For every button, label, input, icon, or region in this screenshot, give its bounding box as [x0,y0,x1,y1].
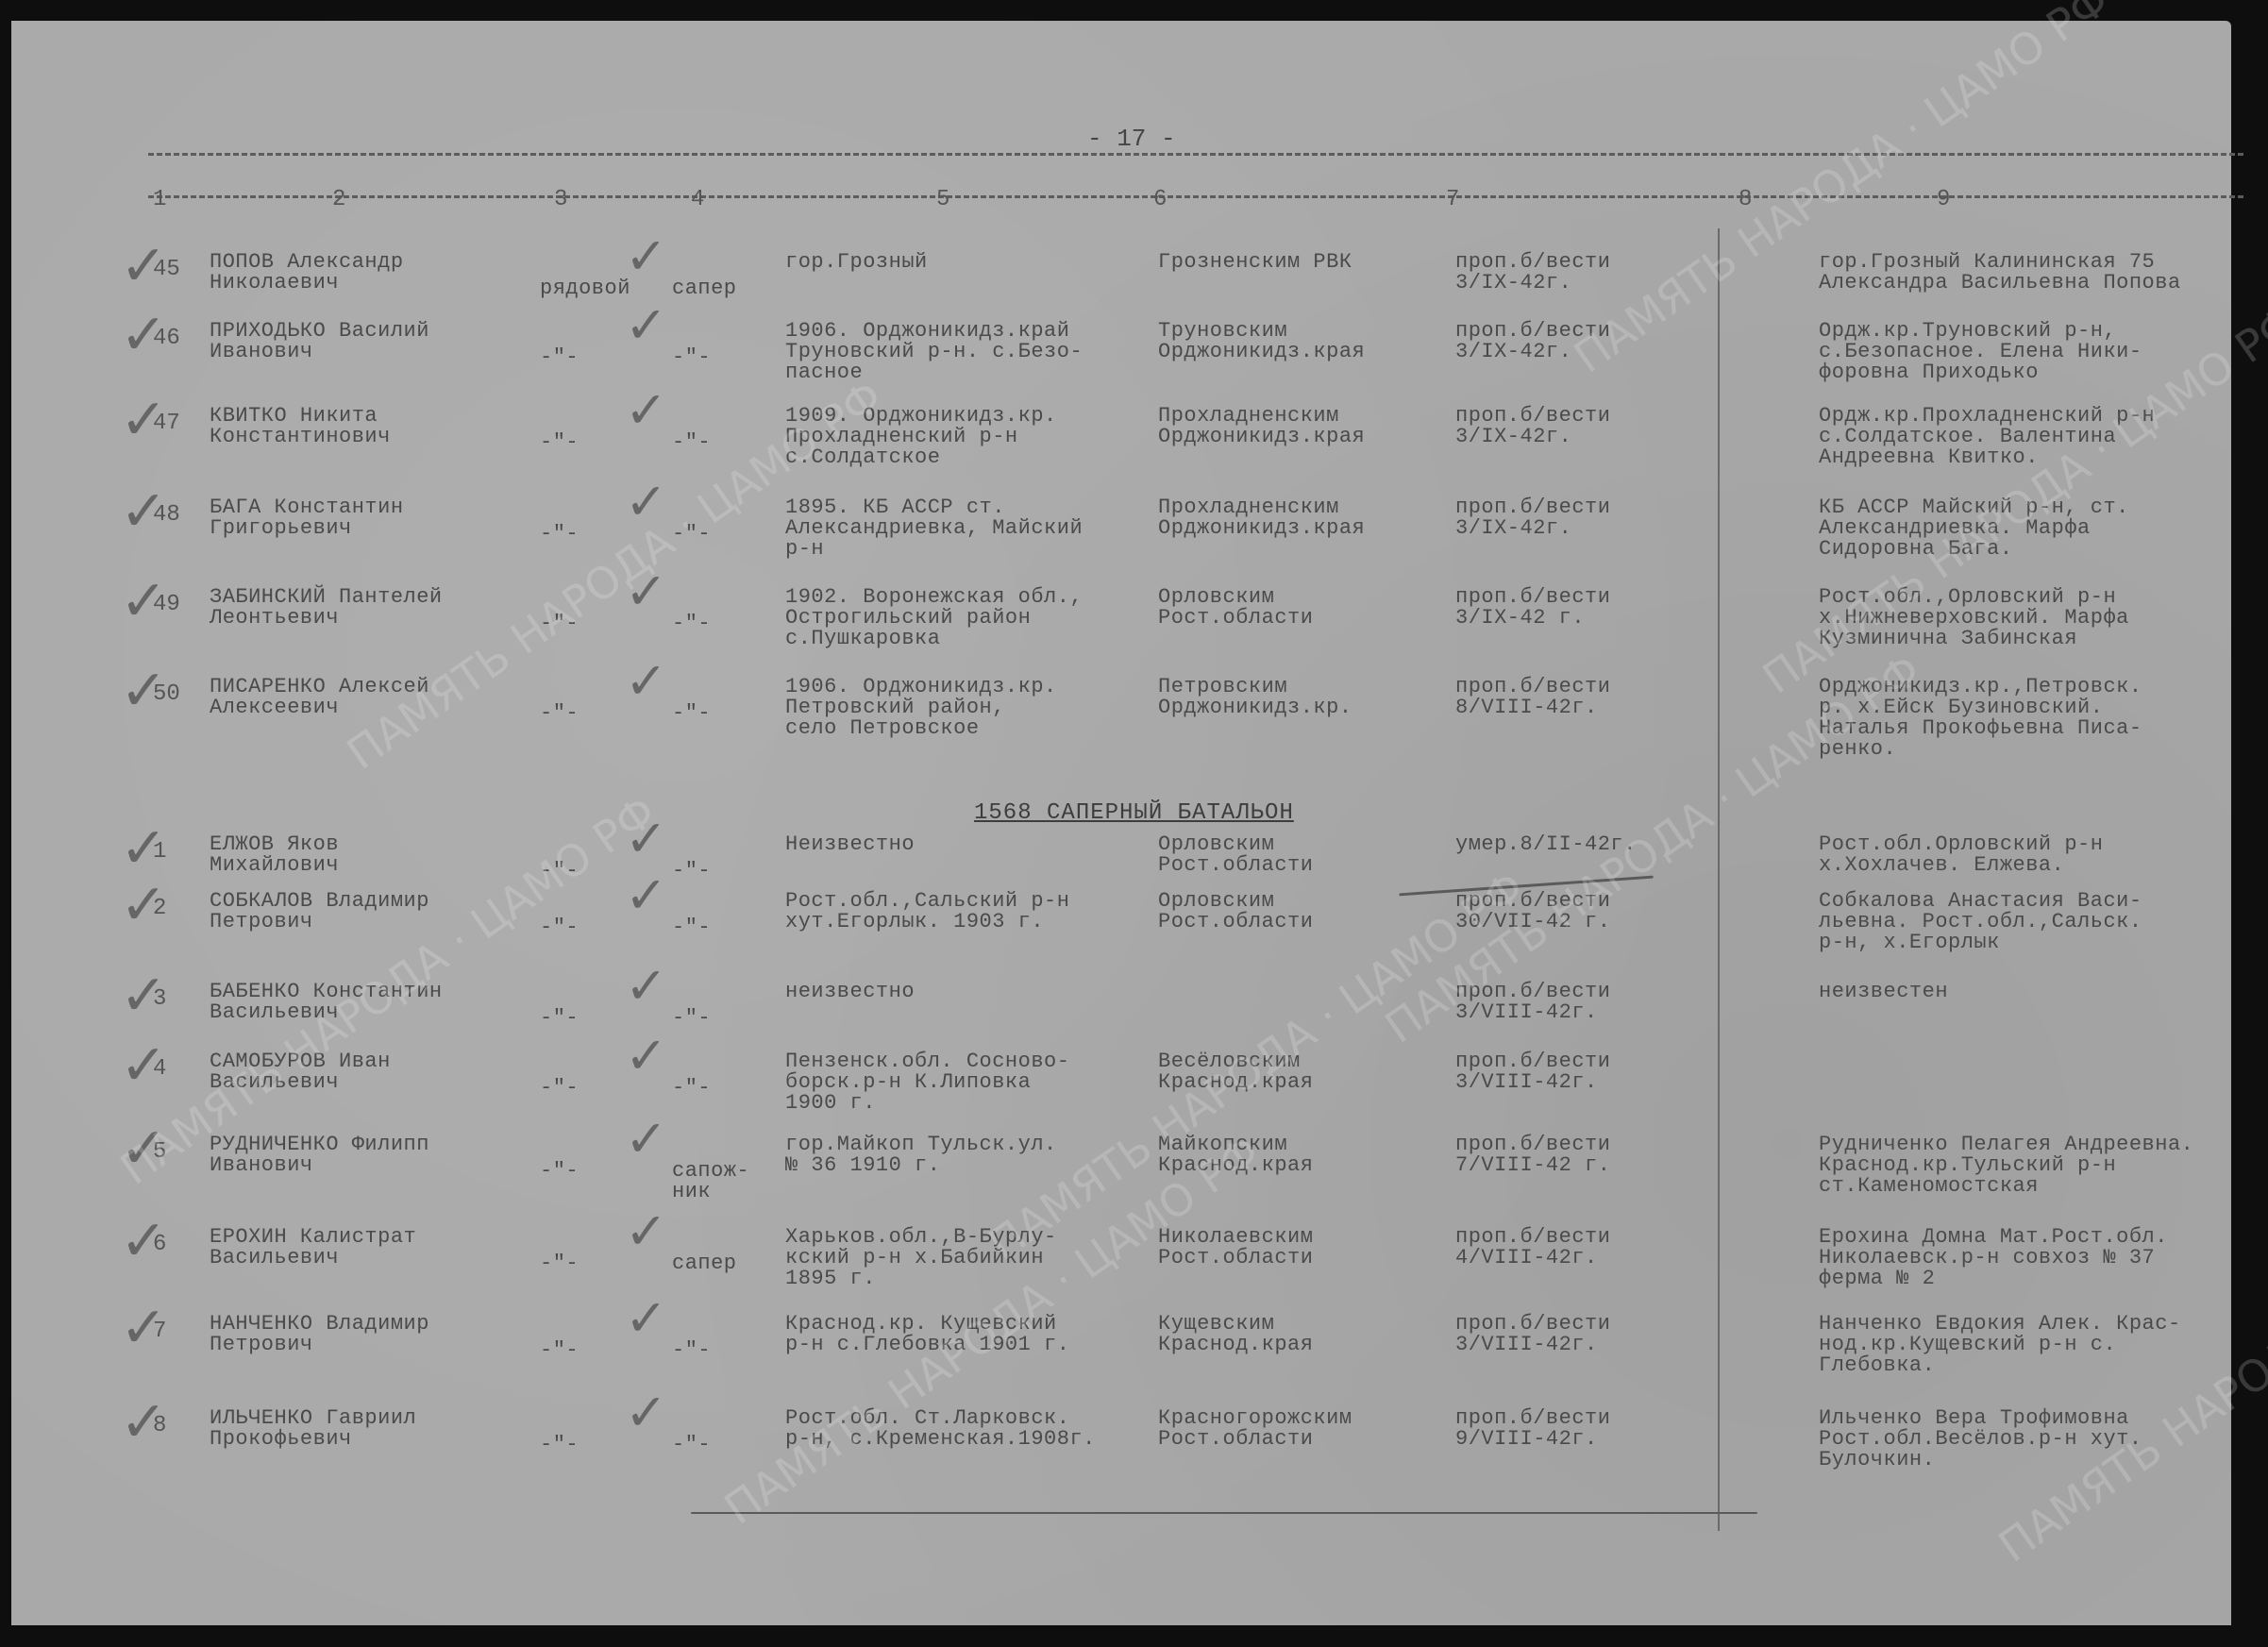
fate-status: проп.б/вести 3/VIII-42г. [1455,1051,1610,1093]
rank: -"- [540,432,579,453]
check-mark-icon: ✓ [625,867,667,924]
check-mark-icon: ✓ [625,1203,667,1260]
soldier-name: БАГА Константин Григорьевич [210,497,404,539]
check-mark-icon: ✓ [120,1300,167,1356]
birth-info: 1902. Воронежская обл., Острогильский ра… [785,587,1083,649]
birth-info: Пензенск.обл. Сосново- борск.р-н К.Липов… [785,1051,1069,1114]
column-number: 4 [691,187,704,212]
check-mark-icon: ✓ [120,877,167,933]
rank: -"- [540,703,579,724]
fate-status: проп.б/вести 3/IX-42г. [1455,252,1610,294]
position: -"- [672,861,711,882]
rank: -"- [540,917,579,938]
fate-status: проп.б/вести 4/VIII-42г. [1455,1227,1610,1269]
check-mark-icon: ✓ [120,238,167,294]
draft-office: Кущевским Краснод.края [1158,1314,1313,1355]
check-mark-icon: ✓ [625,382,667,439]
draft-office: Прохладненским Орджоникидз.края [1158,497,1365,539]
rank: -"- [540,1253,579,1274]
check-mark-icon: ✓ [625,1385,667,1441]
check-mark-icon: ✓ [120,392,167,448]
draft-office: Петровским Орджоникидз.кр. [1158,677,1352,718]
position: -"- [672,347,711,368]
next-of-kin: гор.Грозный Калининская 75 Александра Ва… [1819,252,2181,294]
draft-office: Орловским Рост.области [1158,587,1313,629]
rank: -"- [540,1340,579,1361]
position: -"- [672,1435,711,1455]
birth-info: гор.Майкоп Тульск.ул. № 36 1910 г. [785,1134,1057,1176]
birth-info: 1895. КБ АССР ст. Александриевка, Майски… [785,497,1083,560]
check-mark-icon: ✓ [625,228,667,285]
fate-status: проп.б/вести 3/IX-42 г. [1455,587,1610,629]
position: -"- [672,432,711,453]
position: -"- [672,613,711,634]
position: -"- [672,703,711,724]
draft-office: Труновским Орджоникидз.края [1158,321,1365,362]
position: сапер [672,278,737,299]
soldier-name: ПРИХОДЬКО Василий Иванович [210,321,429,362]
draft-office: Орловским Рост.области [1158,834,1313,876]
birth-info: 1906. Орджоникидз.край Труновский р-н. с… [785,321,1083,383]
fate-status: проп.б/вести 3/IX-42г. [1455,497,1610,539]
next-of-kin: Рудниченко Пелагея Андреевна. Краснод.кр… [1819,1134,2193,1197]
rank: -"- [540,1435,579,1455]
section-heading: 1568 САПЕРНЫЙ БАТАЛЬОН [974,800,1294,826]
birth-info: 1906. Орджоникидз.кр. Петровский район, … [785,677,1057,739]
column-number: 1 [153,187,166,212]
check-mark-icon: ✓ [625,653,667,710]
check-mark-icon: ✓ [120,1037,167,1094]
position: -"- [672,917,711,938]
rank: -"- [540,1161,579,1182]
header-rule-bottom [148,195,2243,198]
soldier-name: КВИТКО Никита Константинович [210,406,391,447]
next-of-kin: Рост.обл.Орловский р-н х.Хохлачев. Елжев… [1819,834,2103,876]
check-mark-icon: ✓ [625,1290,667,1347]
fate-status: проп.б/вести 3/IX-42г. [1455,406,1610,447]
birth-info: гор.Грозный [785,252,928,273]
soldier-name: ИЛЬЧЕНКО Гавриил Прокофьевич [210,1408,416,1450]
soldier-name: РУДНИЧЕНКО Филипп Иванович [210,1134,429,1176]
check-mark-icon: ✓ [120,1394,167,1451]
rank: -"- [540,1008,579,1029]
draft-office: Грозненским РВК [1158,252,1352,273]
check-mark-icon: ✓ [120,1213,167,1269]
column-number: 8 [1739,187,1752,212]
column-number: 7 [1446,187,1459,212]
column-number: 5 [936,187,949,212]
check-mark-icon: ✓ [120,483,167,540]
rank: -"- [540,1078,579,1099]
draft-office: Николаевским Рост.области [1158,1227,1313,1269]
check-mark-icon: ✓ [120,307,167,363]
column-divider [1718,228,1720,1531]
birth-info: неизвестно [785,982,915,1002]
fate-status: проп.б/вести 3/VIII-42г. [1455,1314,1610,1355]
draft-office: Прохладненским Орджоникидз.края [1158,406,1365,447]
rank: -"- [540,524,579,545]
check-mark-icon: ✓ [120,967,167,1024]
rank: рядовой [540,278,630,299]
soldier-name: ЗАБИНСКИЙ Пантелей Леонтьевич [210,587,443,629]
fate-status: проп.б/вести 8/VIII-42г. [1455,677,1610,718]
fate-status: проп.б/вести 7/VIII-42 г. [1455,1134,1610,1176]
draft-office: Красногорожским Рост.области [1158,1408,1352,1450]
birth-info: Неизвестно [785,834,915,855]
position: сапож- ник [672,1161,749,1202]
check-mark-icon: ✓ [120,573,167,630]
position: -"- [672,1008,711,1029]
check-mark-icon: ✓ [625,958,667,1015]
check-mark-icon: ✓ [625,1028,667,1084]
rank: -"- [540,347,579,368]
check-mark-icon: ✓ [120,820,167,877]
pencil-line [691,1512,1757,1514]
page-number: - 17 - [1087,125,1176,153]
scanned-document-page: - 17 - 123456789 1568 САПЕРНЫЙ БАТАЛЬОН … [11,21,2231,1625]
birth-info: Рост.обл.,Сальский р-н хут.Егорлык. 1903… [785,891,1069,933]
column-number: 2 [332,187,345,212]
check-mark-icon: ✓ [625,297,667,354]
next-of-kin: неизвестен [1819,982,1948,1002]
soldier-name: ЕЛЖОВ Яков Михайлович [210,834,339,876]
soldier-name: ПОПОВ Александр Николаевич [210,252,404,294]
soldier-name: НАНЧЕНКО Владимир Петрович [210,1314,429,1355]
draft-office: Орловским Рост.области [1158,891,1313,933]
fate-status: проп.б/вести 9/VIII-42г. [1455,1408,1610,1450]
position: -"- [672,1340,711,1361]
check-mark-icon: ✓ [625,1111,667,1168]
soldier-name: ЕРОХИН Калистрат Васильевич [210,1227,416,1269]
position: сапер [672,1253,737,1274]
position: -"- [672,1078,711,1099]
soldier-name: СОБКАЛОВ Владимир Петрович [210,891,429,933]
next-of-kin: Собкалова Анастасия Васи- льевна. Рост.о… [1819,891,2142,953]
column-number: 6 [1153,187,1167,212]
check-mark-icon: ✓ [120,663,167,719]
column-number: 9 [1937,187,1950,212]
next-of-kin: Ерохина Домна Мат.Рост.обл. Николаевск.р… [1819,1227,2168,1289]
next-of-kin: Ордж.кр.Труновский р-н, с.Безопасное. Ел… [1819,321,2142,383]
next-of-kin: Нанченко Евдокия Алек. Крас- нод.кр.Куще… [1819,1314,2181,1376]
header-rule-top [148,153,2243,156]
column-number: 3 [554,187,567,212]
